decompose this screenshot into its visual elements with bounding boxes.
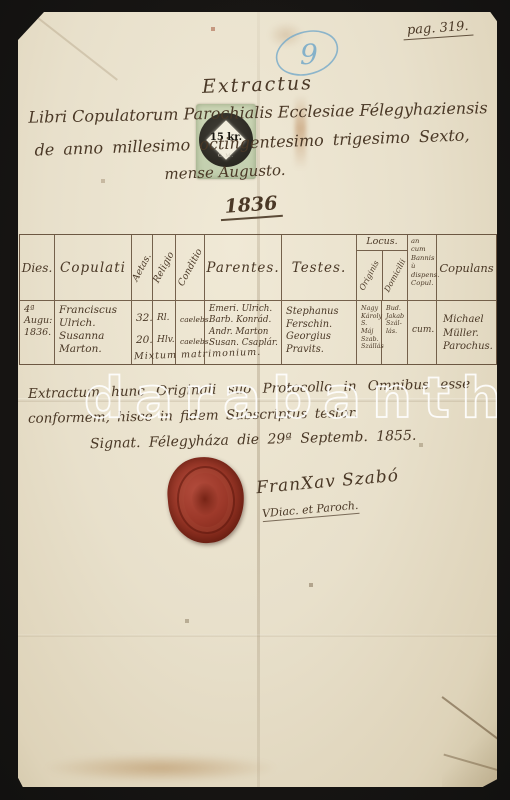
header-conditio-label: Conditio bbox=[176, 247, 205, 288]
header-dies: Dies. bbox=[20, 235, 55, 301]
year-heading: 1836 bbox=[215, 192, 286, 219]
header-locus-group: Locus. Originis Domicilii bbox=[357, 235, 408, 301]
marriage-register-table: Dies. Copulati Aetas. Religio Conditio P… bbox=[19, 234, 497, 365]
row-an-cum: cum. bbox=[408, 301, 437, 364]
row-copulati: Franciscus Ulrich. Susanna Marton. bbox=[55, 301, 132, 364]
signature-name: FranXav Szabó bbox=[255, 466, 399, 498]
header-domicilii: Domicilii bbox=[383, 251, 408, 300]
header-originis: Originis bbox=[357, 251, 383, 300]
header-conditio: Conditio bbox=[176, 235, 205, 301]
lower-fold-crease bbox=[18, 634, 497, 637]
header-copulans: Copulans bbox=[437, 235, 496, 301]
header-an-cum-bannis: an cum Bannis ù dispens. Copul. bbox=[408, 235, 437, 301]
attestation-line-2: conformem, hisce in fidem Subscriptus te… bbox=[28, 405, 358, 427]
corner-fold-shadow bbox=[442, 707, 497, 799]
signature-title-text: VDiac. et Paroch. bbox=[262, 499, 359, 522]
header-originis-label: Originis bbox=[358, 259, 381, 292]
pencil-digit: 9 bbox=[300, 38, 318, 71]
attestation-line-3: Signat. Félegyháza die 29ª Septemb. 1855… bbox=[90, 428, 417, 453]
header-parentes: Parentes. bbox=[205, 235, 282, 301]
header-religio-label: Religio bbox=[151, 250, 177, 285]
row-testes: Stephanus Ferschin. Georgius Pravits. bbox=[282, 301, 357, 364]
page-reference-note: pag. 319. bbox=[403, 19, 474, 41]
bottom-stain bbox=[43, 754, 278, 782]
paper-specks bbox=[18, 12, 20, 14]
photo-backdrop: pag. 319. 9 15 kr. C.M. Extractus Libri … bbox=[0, 0, 510, 800]
year-value: 1836 bbox=[219, 192, 283, 221]
header-locus: Locus. bbox=[357, 235, 407, 251]
header-domicilii-label: Domicilii bbox=[382, 257, 407, 293]
signature-title: VDiac. et Paroch. bbox=[262, 499, 359, 520]
row-locus-domicilii: Bud. Jakab Szál- lás. bbox=[382, 301, 408, 364]
document-paper: pag. 319. 9 15 kr. C.M. Extractus Libri … bbox=[18, 12, 497, 787]
stamp-currency: C.M. bbox=[199, 153, 253, 159]
heading-line-4: mense Augusto. bbox=[130, 160, 321, 185]
corner-crease bbox=[22, 5, 118, 80]
header-testes: Testes. bbox=[282, 235, 357, 301]
header-religio: Religio bbox=[153, 235, 176, 301]
row-copulans: Michael Müller. Parochus. bbox=[437, 301, 496, 364]
row-dies: 4ª Augu: 1836. bbox=[20, 301, 55, 364]
header-aetas: Aetas. bbox=[132, 235, 153, 301]
header-copulati: Copulati bbox=[55, 235, 132, 301]
red-wax-seal bbox=[164, 454, 247, 546]
row-locus-originis: Nagy Károly S. Máj Szab. Szállás bbox=[357, 301, 382, 364]
